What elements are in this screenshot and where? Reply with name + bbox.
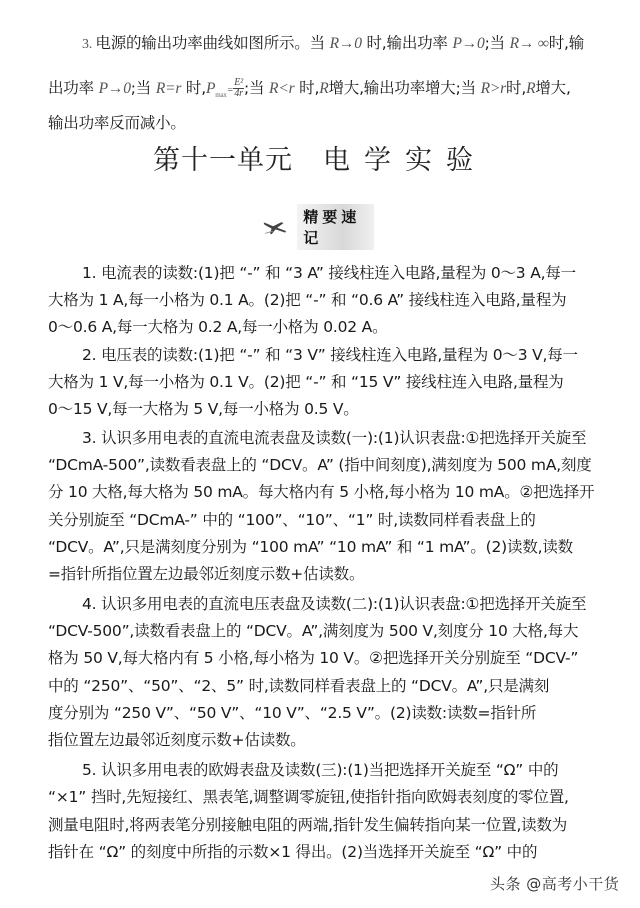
chapter-title: 第十一单元电学实验 xyxy=(0,138,640,177)
text: 时,输出功率 xyxy=(362,34,453,52)
text: 增大, xyxy=(535,79,570,97)
text-line: 测量电阻时,将两表笔分别接触电阻的两端,指针发生偏转指向某一位置,读数为 xyxy=(48,815,567,835)
text: ;当 xyxy=(244,79,269,97)
text-line: 1. 电流表的读数:(1)把 “-” 和 “3 A” 接线柱连入电路,量程为 0… xyxy=(82,263,576,283)
formula: R<r xyxy=(269,80,294,97)
section-badge: 精要速记 xyxy=(262,213,374,240)
pmax-symbol: P xyxy=(206,80,215,97)
chapter-number: 第十一单元 xyxy=(153,145,293,176)
text: 电源的输出功率曲线如图所示。当 xyxy=(95,34,329,52)
text: 时, xyxy=(181,79,206,97)
watermark: 头条 @高考小干货 xyxy=(490,873,619,894)
text-line: 4. 认识多用电表的直流电压表盘及读数(二):(1)认识表盘:①把选择开关旋至 xyxy=(82,594,586,614)
text-line: 关分别旋至 “DCmA-” 中的 “100”、“10”、“1” 时,读数同样看表… xyxy=(48,510,536,530)
formula: R→ ∞ xyxy=(510,35,549,52)
formula: R xyxy=(526,80,535,97)
text-line: 格为 50 V,每大格内有 5 小格,每小格为 10 V。②把选择开关分别旋至 … xyxy=(48,648,578,668)
item-number: 3. xyxy=(82,37,95,52)
chapter-name: 电学实验 xyxy=(323,145,487,176)
text-line: 5. 认识多用电表的欧姆表盘及读数(三):(1)当把选择开关旋至 “Ω” 中的 xyxy=(82,760,558,780)
text-line: 2. 电压表的读数:(1)把 “-” 和 “3 V” 接线柱连入电路,量程为 0… xyxy=(82,345,578,365)
text-line: 指针在 “Ω” 的刻度中所指的示数×1 得出。(2)当选择开关旋至 “Ω” 中的 xyxy=(48,842,537,862)
formula: R>r xyxy=(481,80,506,97)
fraction: E²4r xyxy=(233,78,244,99)
text-line: 分 10 大格,每大格为 50 mA。每大格内有 5 小格,每小格为 10 mA… xyxy=(48,482,594,502)
text: 时, xyxy=(506,79,526,97)
intro-line-3: 输出功率反而减小。 xyxy=(48,113,186,133)
text: ;当 xyxy=(131,79,156,97)
text-line: 3. 认识多用电表的直流电流表盘及读数(一):(1)认识表盘:①把选择开关旋至 xyxy=(82,428,586,448)
formula: R=r xyxy=(156,80,181,97)
text-line: “DCV。A”,只是满刻度分别为 “100 mA” “10 mA” 和 “1 m… xyxy=(48,537,573,557)
text-line: “DCmA-500”,读数看表盘上的 “DCV。A” (指中间刻度),满刻度为 … xyxy=(48,455,592,475)
formula: P→0 xyxy=(452,35,484,52)
airplane-icon xyxy=(262,215,289,239)
text-line: 大格为 1 A,每一小格为 0.1 A。(2)把 “-” 和 “0.6 A” 接… xyxy=(48,290,566,310)
text-line: 大格为 1 V,每一小格为 0.1 V。(2)把 “-” 和 “15 V” 接线… xyxy=(48,372,564,392)
fraction-denominator: 4r xyxy=(233,89,244,99)
formula: R→0 xyxy=(330,35,362,52)
text-line: 指位置左边最邻近刻度示数+估读数。 xyxy=(48,730,306,750)
text: 时, xyxy=(294,79,319,97)
text-line: =指针所指位置左边最邻近刻度示数+估读数。 xyxy=(48,564,364,584)
pmax-formula: Pmax= xyxy=(206,80,233,97)
text-line: 0～15 V,每一大格为 5 V,每一小格为 0.5 V。 xyxy=(48,399,359,419)
text: 时,输 xyxy=(549,34,584,52)
pmax-subscript: max xyxy=(215,91,226,99)
text-line: 中的 “250”、“50”、“2、5” 时,读数同样看表盘上的 “DCV。A”,… xyxy=(48,676,549,696)
text-line: “×1” 挡时,先短接红、黑表笔,调整调零旋钮,使指针指向欧姆表刻度的零位置, xyxy=(48,787,569,807)
text-line: 度分别为 “250 V”、“50 V”、“10 V”、“2.5 V”。(2)读数… xyxy=(48,703,536,723)
text: 出功率 xyxy=(48,79,99,97)
text-line: “DCV-500”,读数看表盘上的 “DCV。A”,满刻度为 500 V,刻度分… xyxy=(48,621,578,641)
text-line: 0～0.6 A,每一大格为 0.2 A,每一小格为 0.02 A。 xyxy=(48,317,387,337)
section-label: 精要速记 xyxy=(297,204,374,250)
text: 增大,输出功率增大;当 xyxy=(328,79,480,97)
formula: P→0 xyxy=(99,80,131,97)
intro-line-2: 出功率 P→0;当 R=r 时,Pmax=E²4r;当 R<r 时,R增大,输出… xyxy=(48,78,571,105)
intro-line-1: 3. 电源的输出功率曲线如图所示。当 R→0 时,输出功率 P→0;当 R→ ∞… xyxy=(82,33,584,55)
text: ;当 xyxy=(485,34,510,52)
